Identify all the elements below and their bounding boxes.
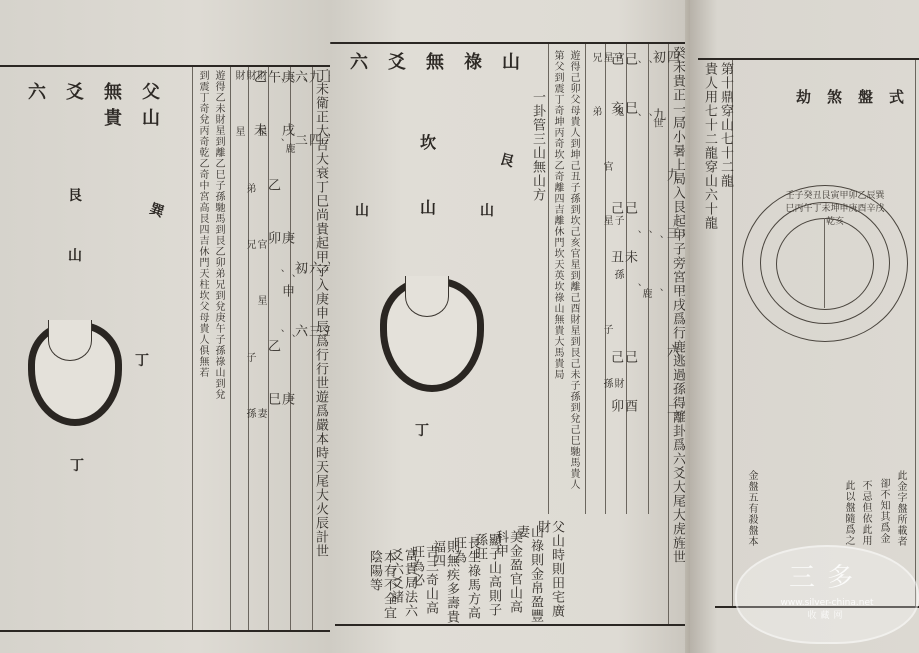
compass-inner-ring <box>776 218 874 310</box>
text-column: 遊得己卯父母貴人到坤己丑子孫到坎己亥官星到離己酉財星到艮己未子孫到兌己巳馳馬貴人 <box>568 50 579 520</box>
direction-label: 丁 <box>415 420 429 440</box>
column-divider <box>230 67 231 630</box>
direction-label: 丁 <box>70 455 84 475</box>
compass-axis <box>824 218 825 308</box>
trigram-label: 艮 <box>68 185 82 205</box>
watermark-url: www.silver-china.net <box>737 598 917 608</box>
top-border-rule <box>330 42 690 44</box>
text-column: 遊得乙未財星到離乙巳子孫馳馬到艮乙卯弟兄到兌庚午子孫祿山到兌 <box>213 70 224 630</box>
page-title: 六爻無祿山 <box>340 48 540 74</box>
mountain-label: 山 <box>68 245 82 265</box>
page-title: 六爻無父貴山 <box>0 78 180 130</box>
direction-label: 丁 <box>135 350 149 370</box>
mountain-label: 山 <box>420 195 436 218</box>
text-column: 本有不全宜陰陽等 <box>367 550 395 625</box>
watermark: 三多 www.silver-china.net 收藏网 <box>735 545 919 644</box>
page-title: 劫煞盤式 <box>760 86 919 107</box>
relations-column: 財星 官星 妻財 弟兄 子孫 財星 <box>233 70 266 490</box>
watermark-brand: 三多 <box>737 557 917 594</box>
trigram-label: 坎 <box>420 130 436 153</box>
text-column: 貴人用七十二龍穿山六十龍 <box>702 62 716 382</box>
column-divider <box>192 67 193 630</box>
text-column: 第十鼎穿山七十二龍 <box>718 62 732 272</box>
column-divider <box>548 44 549 514</box>
left-book-page: 六爻無父貴山 丁未衛正大吉大衰丁巳尚貴起甲子入庚申辰爲行行世遊爲嚴本時天尾大火辰… <box>0 0 330 653</box>
shell-notch <box>405 276 449 317</box>
trigram-label: 艮 <box>498 149 517 172</box>
top-border-rule <box>0 65 330 67</box>
relations-column: 官鬼 子孫 財星 官星 子孫 兄弟 <box>590 52 623 472</box>
compass-ring-text: 壬子癸丑艮寅甲卯乙辰巽巳丙午丁未坤申庚酉辛戌乾亥 <box>785 188 885 227</box>
mountain-label: 山 <box>480 200 494 220</box>
column-divider <box>585 44 586 514</box>
text-column: 到震丁奇兌丙奇乾乙奇中宮高艮四吉休門天柱坎父母貴人俱無若 <box>197 70 208 630</box>
middle-book-page: 六爻無祿山 癸未貴正一局小暑上局入艮起甲子旁宮甲戌爲行鹿逃過孫得離卦爲六爻大尾大… <box>330 0 690 653</box>
mountain-label: 山 <box>355 200 369 220</box>
watermark-caption: 收藏网 <box>737 608 917 621</box>
trigram-label: 巽 <box>147 198 167 222</box>
bottom-border-rule <box>0 630 330 632</box>
shell-notch <box>48 320 92 361</box>
column-divider <box>915 60 916 606</box>
annotation-column: 一卦管三山無山方 <box>530 90 544 290</box>
text-column: 第父到震丁奇坤丙奇坎乙奇離四吉離休門坎天英坎祿山無貴大馬貴局 <box>552 50 563 520</box>
